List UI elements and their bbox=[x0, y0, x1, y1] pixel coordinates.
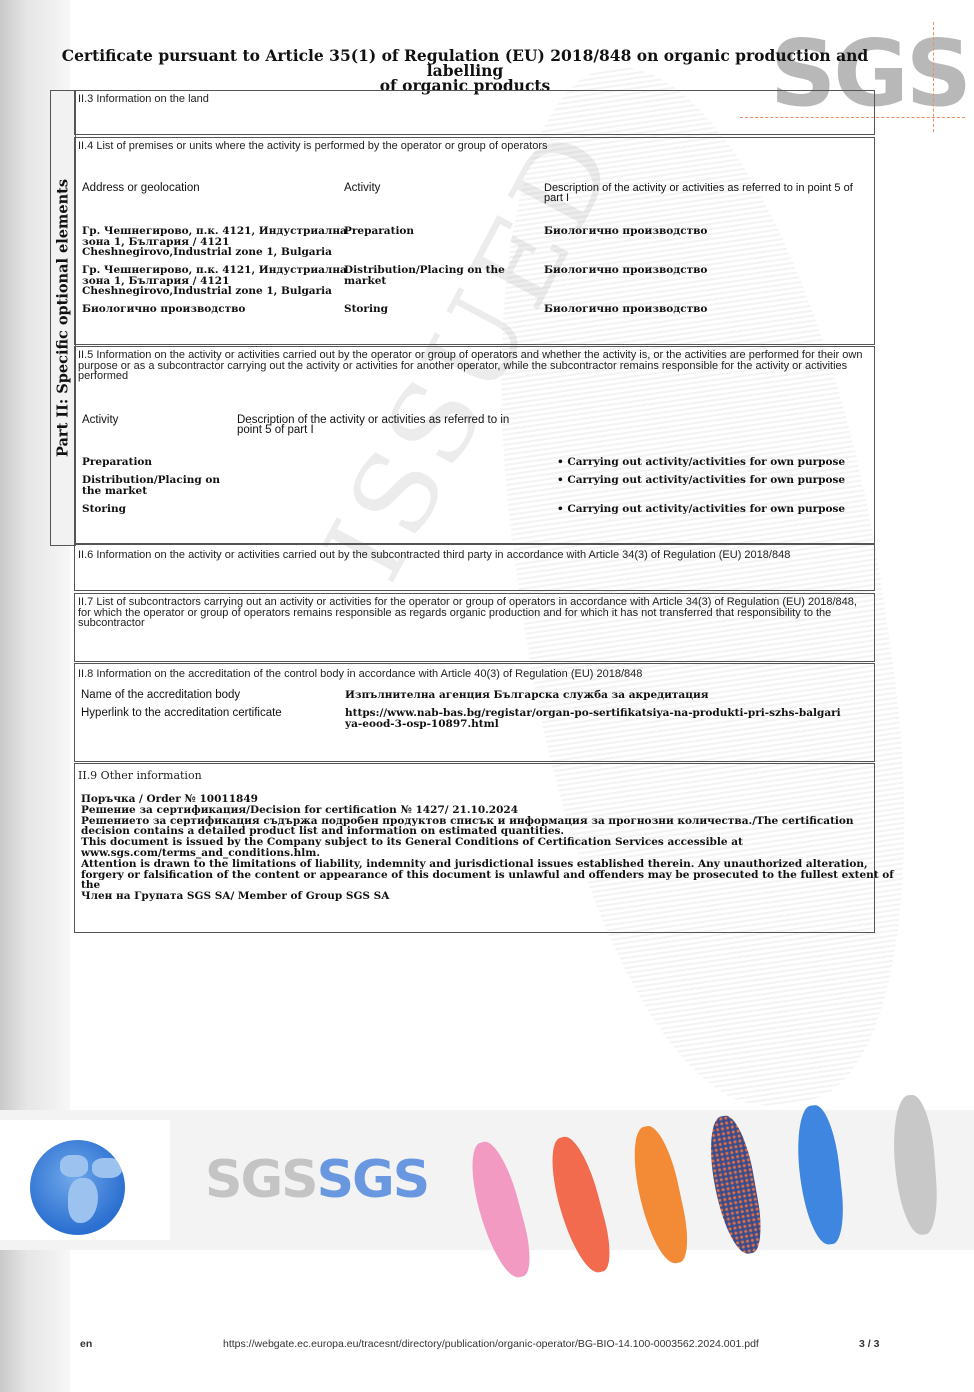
activity-cell: Distribution/Placing on the market bbox=[82, 475, 222, 496]
sgs-logo-sequence: SGSSGS bbox=[205, 1150, 428, 1210]
table-row: Гр. Чешнегирово, п.к. 4121, Индустриална… bbox=[82, 265, 347, 297]
activity-cell: Distribution/Placing on the market bbox=[344, 265, 514, 286]
section-heading: II.8 Information on the accreditation of… bbox=[78, 669, 868, 680]
purpose-cell: • Carrying out activity/activities for o… bbox=[557, 475, 845, 486]
activity-cell: Preparation bbox=[344, 226, 414, 237]
other-information-text: Поръчка / Order № 10011849 Решение за се… bbox=[81, 794, 871, 902]
activity-cell: Preparation bbox=[82, 457, 152, 468]
purpose-cell: • Carrying out activity/activities for o… bbox=[557, 504, 845, 515]
description-cell: Биологично производство bbox=[544, 265, 707, 276]
accreditation-link-label: Hyperlink to the accreditation certifica… bbox=[81, 708, 282, 719]
purpose-cell: • Carrying out activity/activities for o… bbox=[557, 457, 845, 468]
document-title: Certificate pursuant to Article 35(1) of… bbox=[55, 48, 875, 93]
section-land-info: II.3 Information on the land bbox=[74, 90, 875, 135]
accreditation-link[interactable]: https://www.nab-bas.bg/registar/organ-po… bbox=[345, 708, 845, 729]
part-label: Part II: Specific optional elements bbox=[50, 90, 76, 546]
column-header: Description of the activity or activitie… bbox=[544, 183, 874, 203]
section-heading: II.6 Information on the activity or acti… bbox=[78, 550, 868, 561]
section-heading: II.3 Information on the land bbox=[78, 94, 868, 105]
language-code: en bbox=[80, 1338, 92, 1350]
column-header: Activity bbox=[82, 415, 118, 426]
table-row: Биологично производство bbox=[82, 304, 245, 315]
description-cell: Биологично производство bbox=[544, 226, 707, 237]
globe-icon bbox=[30, 1140, 125, 1235]
activity-cell: Storing bbox=[82, 504, 126, 515]
table-row: Гр. Чешнегирово, п.к. 4121, Индустриална… bbox=[82, 226, 347, 258]
document-url[interactable]: https://webgate.ec.europa.eu/tracesnt/di… bbox=[223, 1338, 759, 1350]
section-heading: II.7 List of subcontractors carrying out… bbox=[78, 597, 868, 629]
page-number: 3 / 3 bbox=[859, 1338, 879, 1350]
accreditation-name-label: Name of the accreditation body bbox=[81, 690, 240, 701]
description-cell: Биологично производство bbox=[544, 304, 707, 315]
crop-mark bbox=[933, 22, 934, 132]
column-header: Description of the activity or activitie… bbox=[237, 415, 537, 435]
section-activities: II.5 Information on the activity or acti… bbox=[74, 346, 875, 544]
section-other-information: II.9 Other information Поръчка / Order №… bbox=[74, 763, 875, 933]
section-subcontracted-third-party: II.6 Information on the activity or acti… bbox=[74, 544, 875, 591]
section-subcontractors: II.7 List of subcontractors carrying out… bbox=[74, 593, 875, 662]
section-heading: II.9 Other information bbox=[78, 770, 868, 781]
section-heading: II.5 Information on the activity or acti… bbox=[78, 350, 868, 382]
column-header: Activity bbox=[344, 183, 380, 194]
section-accreditation: II.8 Information on the accreditation of… bbox=[74, 663, 875, 762]
column-header: Address or geolocation bbox=[82, 183, 200, 194]
accreditation-name-value: Изпълнителна агенция Българска служба за… bbox=[345, 690, 709, 701]
section-premises: II.4 List of premises or units where the… bbox=[74, 137, 875, 345]
section-heading: II.4 List of premises or units where the… bbox=[78, 141, 868, 152]
activity-cell: Storing bbox=[344, 304, 388, 315]
